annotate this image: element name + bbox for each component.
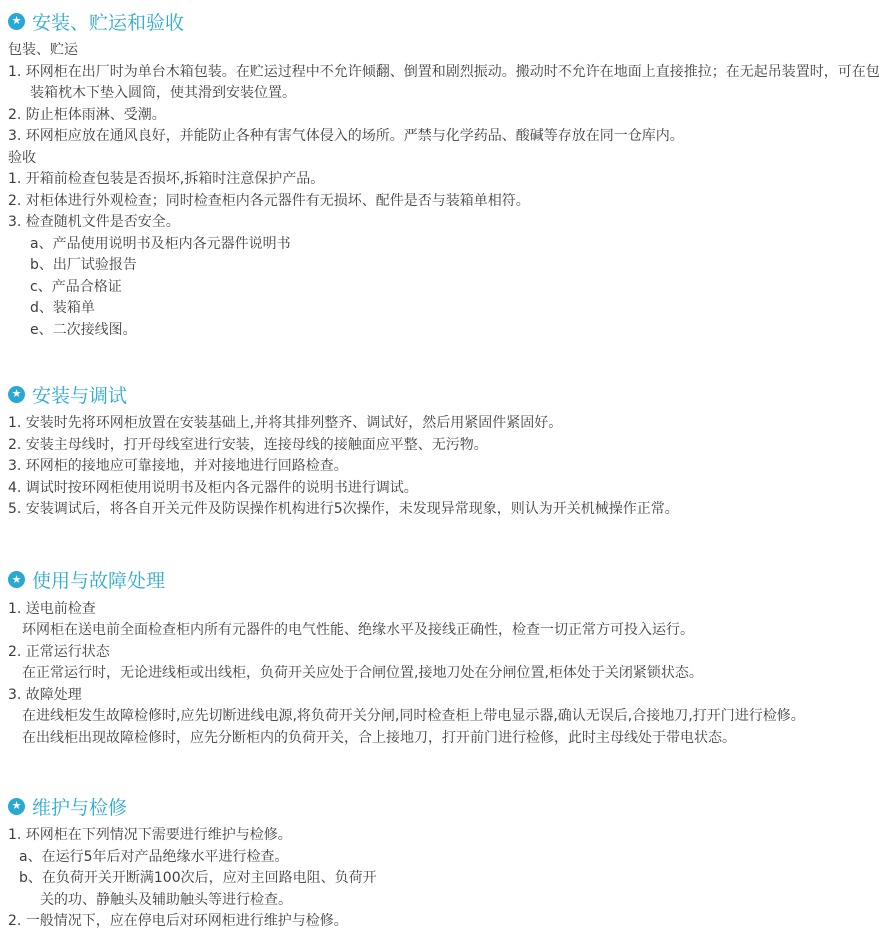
section-title: 安装、贮运和验收 [32,8,184,35]
text-line: 1. 安装时先将环网柜放置在安装基础上,并将其排列整齐、调试好，然后用紧固件紧固… [8,413,890,435]
section-body: 1. 安装时先将环网柜放置在安装基础上,并将其排列整齐、调试好，然后用紧固件紧固… [8,413,890,521]
text-line: 包装、贮运 [8,40,890,62]
text-line: 3. 故障处理 [8,685,890,707]
text-line: 2. 对柜体进行外观检查；同时检查柜内各元器件有无损坏、配件是否与装箱单相符。 [8,191,890,213]
text-line: 1. 环网柜在下列情况下需要进行维护与检修。 [8,825,890,847]
section-installation-storage-acceptance: ★ 安装、贮运和验收 包装、贮运 1. 环网柜在出厂时为单台木箱包装。在贮运过程… [8,8,890,341]
text-line: 5. 安装调试后，将各自开关元件及防误操作机构进行5次操作，未发现异常现象，则认… [8,499,890,521]
text-line: 1. 环网柜在出厂时为单台木箱包装。在贮运过程中不允许倾翻、倒置和剧烈振动。搬动… [8,62,890,84]
star-circle-icon: ★ [8,571,25,588]
text-line: 2. 防止柜体雨淋、受潮。 [8,105,890,127]
text-line: 3. 环网柜应放在通风良好，并能防止各种有害气体侵入的场所。严禁与化学药品、酸碱… [8,126,890,148]
section-title: 使用与故障处理 [32,566,165,593]
section-heading: ★ 安装、贮运和验收 [8,8,890,34]
text-line: 验收 [8,148,890,170]
list-item: 关的功、静触头及辅助触头等进行检查。 [8,890,890,912]
list-item: b、出厂试验报告 [8,255,890,277]
text-line: 2. 正常运行状态 [8,642,890,664]
section-maintenance-repair: ★ 维护与检修 1. 环网柜在下列情况下需要进行维护与检修。 a、在运行5年后对… [8,793,890,932]
document-page: ★ 安装、贮运和验收 包装、贮运 1. 环网柜在出厂时为单台木箱包装。在贮运过程… [0,0,890,932]
text-line: 4. 调试时按环网柜使用说明书及柜内各元器件的说明书进行调试。 [8,478,890,500]
section-title: 维护与检修 [32,793,127,820]
section-usage-fault-handling: ★ 使用与故障处理 1. 送电前检查 环网柜在送电前全面检查柜内所有元器件的电气… [8,567,890,750]
text-line: 在正常运行时，无论进线柜或出线柜，负荷开关应处于合闸位置,接地刀处在分闸位置,柜… [8,663,890,685]
list-item: e、二次接线图。 [8,320,890,342]
list-item: d、装箱单 [8,298,890,320]
section-heading: ★ 维护与检修 [8,793,890,819]
star-circle-icon: ★ [8,798,25,815]
list-item: a、产品使用说明书及柜内各元器件说明书 [8,234,890,256]
text-line: 1. 开箱前检查包装是否损坏,拆箱时注意保护产品。 [8,169,890,191]
text-line: 2. 一般情况下，应在停电后对环网柜进行维护与检修。 [8,911,890,932]
text-line: 环网柜在送电前全面检查柜内所有元器件的电气性能、绝缘水平及接线正确性，检查一切正… [8,620,890,642]
list-item: c、产品合格证 [8,277,890,299]
section-body: 1. 送电前检查 环网柜在送电前全面检查柜内所有元器件的电气性能、绝缘水平及接线… [8,599,890,750]
section-installation-commissioning: ★ 安装与调试 1. 安装时先将环网柜放置在安装基础上,并将其排列整齐、调试好，… [8,381,890,521]
section-body: 包装、贮运 1. 环网柜在出厂时为单台木箱包装。在贮运过程中不允许倾翻、倒置和剧… [8,40,890,341]
list-item: b、在负荷开关开断满100次后，应对主回路电阻、负荷开 [8,868,890,890]
text-line: 3. 环网柜的接地应可靠接地，并对接地进行回路检查。 [8,456,890,478]
text-line: 在进线柜发生故障检修时,应先切断进线电源,将负荷开关分闸,同时检查柜上带电显示器… [8,706,890,728]
section-heading: ★ 使用与故障处理 [8,567,890,593]
text-line: 在出线柜出现故障检修时，应先分断柜内的负荷开关，合上接地刀，打开前门进行检修，此… [8,728,890,750]
text-line: 3. 检查随机文件是否安全。 [8,212,890,234]
list-item: a、在运行5年后对产品绝缘水平进行检查。 [8,847,890,869]
section-heading: ★ 安装与调试 [8,381,890,407]
text-line: 1. 送电前检查 [8,599,890,621]
text-line: 2. 安装主母线时，打开母线室进行安装，连接母线的接触面应平整、无污物。 [8,435,890,457]
star-circle-icon: ★ [8,13,25,30]
section-body: 1. 环网柜在下列情况下需要进行维护与检修。 a、在运行5年后对产品绝缘水平进行… [8,825,890,932]
star-circle-icon: ★ [8,386,25,403]
section-title: 安装与调试 [32,381,127,408]
text-line: 装箱枕木下垫入圆筒，使其滑到安装位置。 [8,83,890,105]
